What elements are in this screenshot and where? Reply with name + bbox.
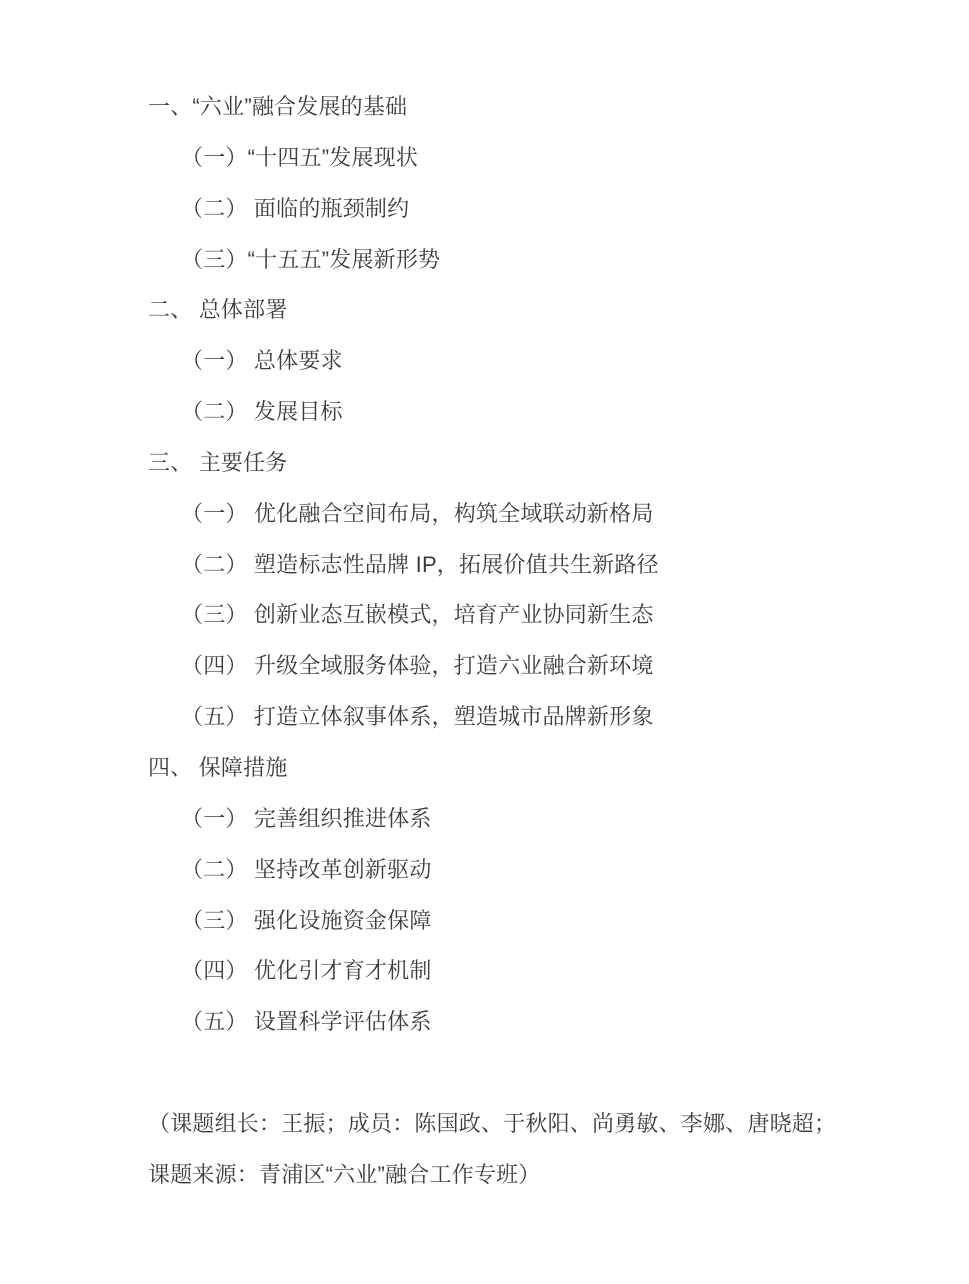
outline-heading: 一、“六业”融合发展的基础 [148, 82, 908, 133]
outline-subitem: （二） 塑造标志性品牌 IP，拓展价值共生新路径 [148, 540, 908, 591]
credits-line-2: 课题来源：青浦区“六业”融合工作专班） [148, 1150, 928, 1201]
document-page: 一、“六业”融合发展的基础（一）“十四五”发展现状（二） 面临的瓶颈制约（三）“… [0, 0, 969, 1284]
outline-subitem: （一）“十四五”发展现状 [148, 133, 908, 184]
outline-subitem: （二） 发展目标 [148, 387, 908, 438]
credits-line-1: （课题组长：王振；成员：陈国政、于秋阳、尚勇敏、李娜、唐晓超； [148, 1099, 928, 1150]
toc-outline: 一、“六业”融合发展的基础（一）“十四五”发展现状（二） 面临的瓶颈制约（三）“… [148, 82, 908, 1048]
outline-subitem: （一） 优化融合空间布局，构筑全域联动新格局 [148, 489, 908, 540]
outline-heading: 三、 主要任务 [148, 438, 908, 489]
outline-subitem: （二） 面临的瓶颈制约 [148, 184, 908, 235]
outline-subitem: （三） 创新业态互嵌模式，培育产业协同新生态 [148, 590, 908, 641]
outline-heading: 四、 保障措施 [148, 743, 908, 794]
outline-subitem: （四） 优化引才育才机制 [148, 946, 908, 997]
outline-heading: 二、 总体部署 [148, 285, 908, 336]
outline-subitem: （四） 升级全域服务体验，打造六业融合新环境 [148, 641, 908, 692]
credits-block: （课题组长：王振；成员：陈国政、于秋阳、尚勇敏、李娜、唐晓超； 课题来源：青浦区… [148, 1099, 928, 1201]
outline-subitem: （三） 强化设施资金保障 [148, 896, 908, 947]
outline-subitem: （二） 坚持改革创新驱动 [148, 845, 908, 896]
outline-subitem: （一） 总体要求 [148, 336, 908, 387]
outline-subitem: （三）“十五五”发展新形势 [148, 235, 908, 286]
outline-subitem: （一） 完善组织推进体系 [148, 794, 908, 845]
outline-subitem: （五） 打造立体叙事体系，塑造城市品牌新形象 [148, 692, 908, 743]
outline-subitem: （五） 设置科学评估体系 [148, 997, 908, 1048]
